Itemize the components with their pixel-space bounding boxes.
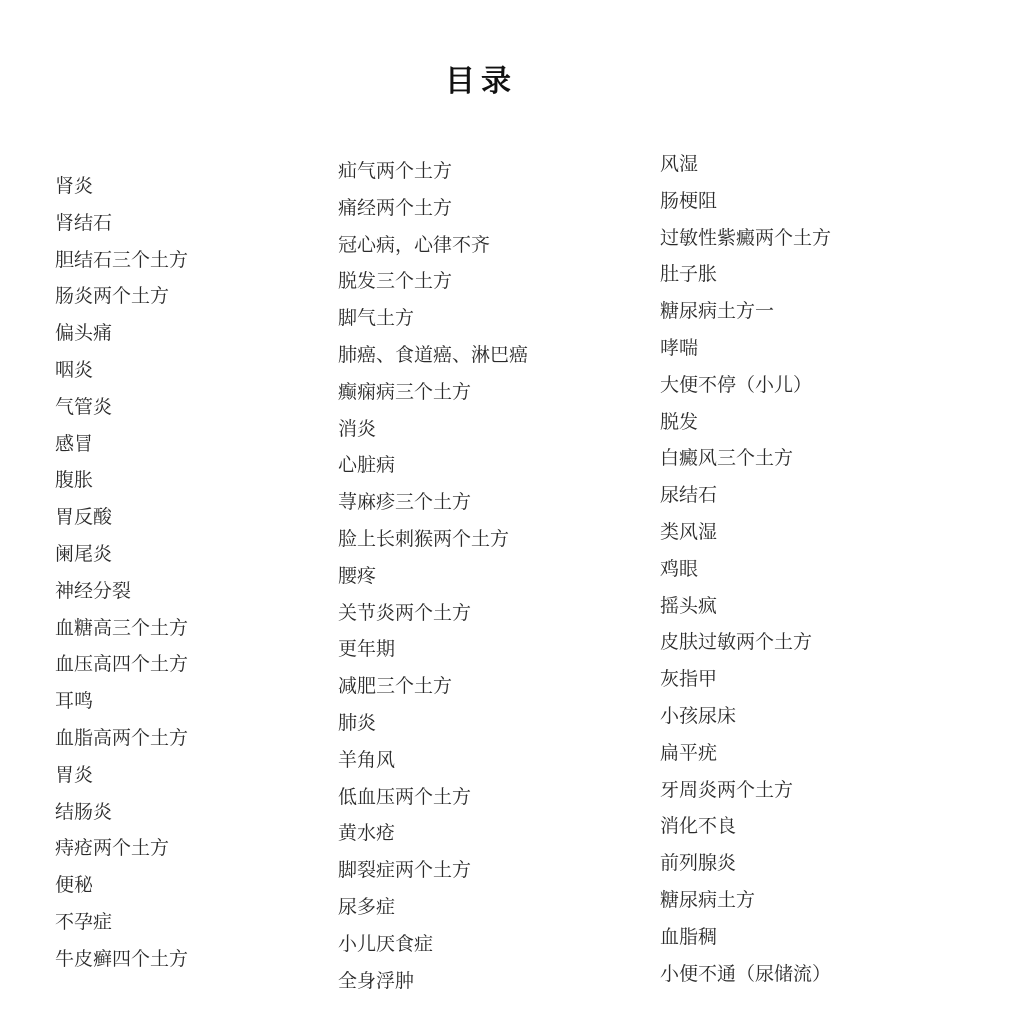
toc-entry[interactable]: 灰指甲	[660, 661, 831, 698]
toc-entry[interactable]: 小孩尿床	[660, 698, 831, 735]
toc-entry[interactable]: 脱发三个土方	[338, 263, 528, 300]
toc-entry[interactable]: 肠炎两个土方	[55, 278, 188, 315]
toc-entry[interactable]: 小便不通（尿储流）	[660, 956, 831, 993]
toc-entry[interactable]: 血糖高三个土方	[55, 610, 188, 647]
toc-entry[interactable]: 尿多症	[338, 889, 528, 926]
toc-entry[interactable]: 尿结石	[660, 477, 831, 514]
toc-entry[interactable]: 气管炎	[55, 389, 188, 426]
toc-column-2: 疝气两个土方痛经两个土方冠心病，心律不齐脱发三个土方脚气土方肺癌、食道癌、淋巴癌…	[338, 153, 528, 999]
toc-entry[interactable]: 心脏病	[338, 447, 528, 484]
toc-entry[interactable]: 腰疼	[338, 558, 528, 595]
toc-entry[interactable]: 肺炎	[338, 705, 528, 742]
toc-entry[interactable]: 咽炎	[55, 352, 188, 389]
toc-entry[interactable]: 糖尿病土方	[660, 882, 831, 919]
toc-entry[interactable]: 减肥三个土方	[338, 668, 528, 705]
toc-entry[interactable]: 血脂稠	[660, 919, 831, 956]
toc-entry[interactable]: 不孕症	[55, 904, 188, 941]
toc-entry[interactable]: 鸡眼	[660, 551, 831, 588]
toc-entry[interactable]: 感冒	[55, 426, 188, 463]
toc-entry[interactable]: 牛皮癣四个土方	[55, 941, 188, 978]
toc-entry[interactable]: 血压高四个土方	[55, 646, 188, 683]
page-title: 目录	[0, 62, 962, 102]
toc-entry[interactable]: 癫痫病三个土方	[338, 374, 528, 411]
toc-entry[interactable]: 黄水疮	[338, 815, 528, 852]
toc-entry[interactable]: 阑尾炎	[55, 536, 188, 573]
toc-entry[interactable]: 哮喘	[660, 330, 831, 367]
toc-entry[interactable]: 肠梗阻	[660, 183, 831, 220]
toc-entry[interactable]: 脚裂症两个土方	[338, 852, 528, 889]
toc-entry[interactable]: 胆结石三个土方	[55, 242, 188, 279]
toc-entry[interactable]: 腹胀	[55, 462, 188, 499]
toc-entry[interactable]: 冠心病，心律不齐	[338, 227, 528, 264]
toc-entry[interactable]: 白癜风三个土方	[660, 440, 831, 477]
toc-entry[interactable]: 风湿	[660, 146, 831, 183]
toc-entry[interactable]: 摇头疯	[660, 588, 831, 625]
toc-entry[interactable]: 消化不良	[660, 808, 831, 845]
toc-entry[interactable]: 消炎	[338, 411, 528, 448]
toc-entry[interactable]: 脸上长刺猴两个土方	[338, 521, 528, 558]
toc-entry[interactable]: 荨麻疹三个土方	[338, 484, 528, 521]
toc-entry[interactable]: 痔疮两个土方	[55, 830, 188, 867]
toc-entry[interactable]: 血脂高两个土方	[55, 720, 188, 757]
toc-entry[interactable]: 疝气两个土方	[338, 153, 528, 190]
toc-entry[interactable]: 糖尿病土方一	[660, 293, 831, 330]
toc-entry[interactable]: 结肠炎	[55, 794, 188, 831]
toc-entry[interactable]: 肾炎	[55, 168, 188, 205]
toc-entry[interactable]: 过敏性紫癜两个土方	[660, 220, 831, 257]
toc-entry[interactable]: 大便不停（小儿）	[660, 367, 831, 404]
toc-entry[interactable]: 偏头痛	[55, 315, 188, 352]
toc-entry[interactable]: 痛经两个土方	[338, 190, 528, 227]
toc-entry[interactable]: 肾结石	[55, 205, 188, 242]
toc-entry[interactable]: 耳鸣	[55, 683, 188, 720]
toc-entry[interactable]: 扁平疣	[660, 735, 831, 772]
toc-entry[interactable]: 关节炎两个土方	[338, 595, 528, 632]
toc-column-1: 肾炎肾结石胆结石三个土方肠炎两个土方偏头痛咽炎气管炎感冒腹胀胃反酸阑尾炎神经分裂…	[55, 168, 188, 978]
toc-entry[interactable]: 类风湿	[660, 514, 831, 551]
toc-entry[interactable]: 前列腺炎	[660, 845, 831, 882]
toc-entry[interactable]: 肺癌、食道癌、淋巴癌	[338, 337, 528, 374]
toc-entry[interactable]: 便秘	[55, 867, 188, 904]
toc-column-3: 风湿肠梗阻过敏性紫癜两个土方肚子胀糖尿病土方一哮喘大便不停（小儿）脱发白癜风三个…	[660, 146, 831, 992]
toc-entry[interactable]: 皮肤过敏两个土方	[660, 624, 831, 661]
toc-entry[interactable]: 低血压两个土方	[338, 779, 528, 816]
toc-entry[interactable]: 胃炎	[55, 757, 188, 794]
toc-entry[interactable]: 神经分裂	[55, 573, 188, 610]
toc-entry[interactable]: 更年期	[338, 631, 528, 668]
toc-entry[interactable]: 脱发	[660, 404, 831, 441]
toc-entry[interactable]: 羊角风	[338, 742, 528, 779]
toc-entry[interactable]: 全身浮肿	[338, 963, 528, 1000]
toc-entry[interactable]: 胃反酸	[55, 499, 188, 536]
toc-entry[interactable]: 小儿厌食症	[338, 926, 528, 963]
toc-entry[interactable]: 肚子胀	[660, 256, 831, 293]
toc-entry[interactable]: 脚气土方	[338, 300, 528, 337]
toc-entry[interactable]: 牙周炎两个土方	[660, 772, 831, 809]
